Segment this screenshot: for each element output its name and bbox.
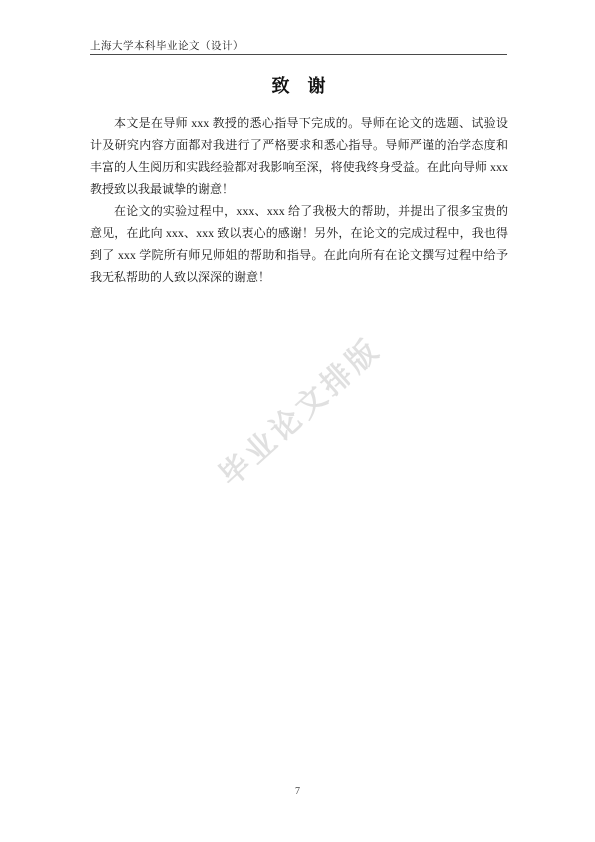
paragraph-1: 本文是在导师 xxx 教授的悉心指导下完成的。导师在论文的选题、试验设计及研究内… — [90, 112, 508, 200]
running-header: 上海大学本科毕业论文（设计） — [90, 38, 244, 53]
paragraph-2: 在论文的实验过程中，xxx、xxx 给了我极大的帮助，并提出了很多宝贵的意见，在… — [90, 200, 508, 288]
page-number: 7 — [0, 786, 595, 797]
document-page: 上海大学本科毕业论文（设计） 致 谢 本文是在导师 xxx 教授的悉心指导下完成… — [0, 0, 595, 842]
acknowledgement-body: 本文是在导师 xxx 教授的悉心指导下完成的。导师在论文的选题、试验设计及研究内… — [90, 112, 508, 288]
page-title: 致 谢 — [90, 72, 507, 98]
header-rule — [90, 54, 507, 55]
watermark-text: 毕业论文排版 — [207, 325, 388, 494]
